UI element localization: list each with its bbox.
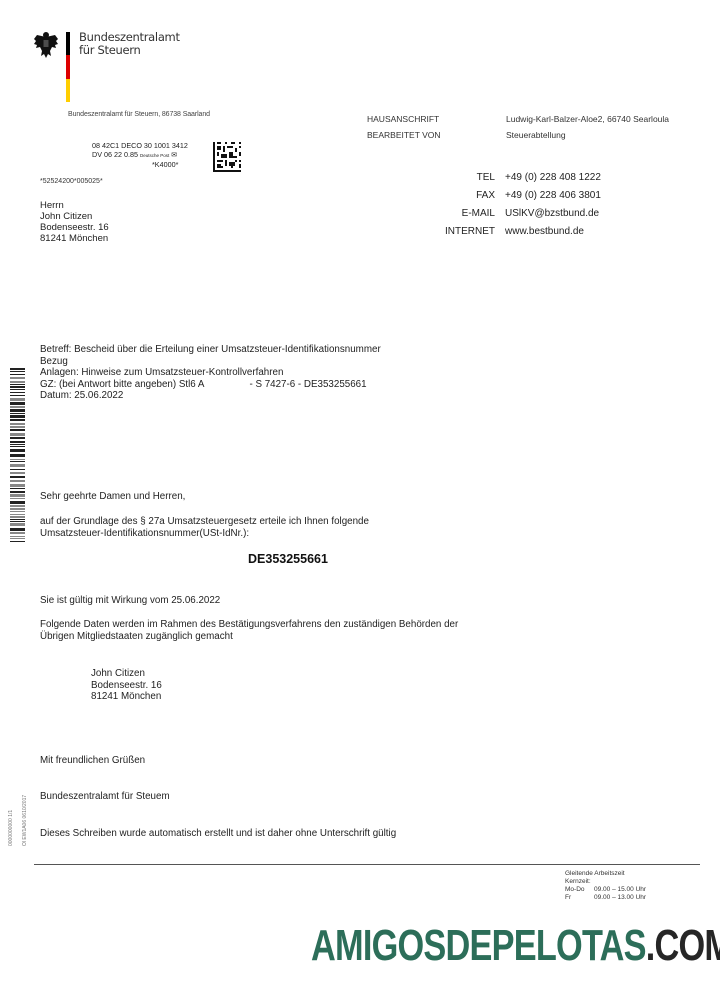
greeting: Sehr geehrte Damen und Herren, (40, 491, 185, 503)
carrier-name: Deutsche Post (140, 153, 169, 158)
file-number-line: GZ: (bei Antwort bitte angeben) Stl6 A- … (40, 379, 381, 391)
office-hours: Gleitende Arbeitszeit Kernzeit: Mo-Do09.… (565, 870, 646, 902)
hours-row: Mo-Do09.00 – 15.00 Uhr (565, 886, 646, 894)
organization-name: Bundeszentralamt für Steuern (79, 31, 180, 57)
intro-paragraph: auf der Grundlage des § 27a Umsatzsteuer… (40, 516, 369, 539)
office-info: HAUSANSCHRIFT Ludwig-Karl-Balzer-Aloe2, … (367, 111, 669, 143)
hours-row: Fr09.00 – 13.00 Uhr (565, 894, 646, 902)
contact-row-internet: INTERNET www.bestbund.de (420, 222, 601, 240)
subject-block: Betreff: Bescheid über die Erteilung ein… (40, 344, 381, 402)
datamatrix-code (213, 142, 241, 172)
subject-line: Betreff: Bescheid über die Erteilung ein… (40, 344, 381, 356)
contact-info: TEL +49 (0) 228 408 1222 FAX +49 (0) 228… (420, 168, 601, 240)
watermark: AMIGOSDEPELOTAS.COM (311, 924, 720, 968)
attachments-line: Anlagen: Hinweise zum Umsatzsteuer-Kontr… (40, 367, 381, 379)
sender-address-line: Bundeszentralamt für Steuern, 86738 Saar… (68, 111, 210, 118)
post-horn-icon: ✉ (171, 150, 177, 159)
side-archive-code: 0000000000 1/1 (8, 810, 14, 846)
postal-franking: 08 42C1 DECO 30 1001 3412 DV 06 22 0.85 … (92, 141, 188, 169)
info-row-processed-by: BEARBEITET VON Steuerabtellung (367, 127, 669, 143)
closing: Mit freundlichen Grüßen (40, 755, 145, 767)
postal-reference-number: *52524200*005025* (40, 178, 103, 185)
german-flag-bar (66, 32, 70, 102)
validity-statement: Sie ist gültig mit Wirkung vom 25.06.202… (40, 595, 220, 607)
auto-generated-note: Dieses Schreiben wurde automatisch erste… (40, 828, 396, 840)
info-row-address: HAUSANSCHRIFT Ludwig-Karl-Balzer-Aloe2, … (367, 111, 669, 127)
contact-row-tel: TEL +49 (0) 228 408 1222 (420, 168, 601, 186)
reference-line: Bezug (40, 356, 381, 368)
vat-id-number: DE353255661 (248, 552, 328, 566)
side-form-code: Ol EW1A06 0610/2017 (22, 795, 28, 846)
side-barcode (10, 368, 25, 542)
contact-row-email: E-MAIL USlKV@bzstbund.de (420, 204, 601, 222)
date-line: Datum: 25.06.2022 (40, 390, 381, 402)
contact-row-fax: FAX +49 (0) 228 406 3801 (420, 186, 601, 204)
signature: Bundeszentralamt für Steuem (40, 791, 170, 803)
shared-address: John Citizen Bodenseestr. 16 81241 Mönch… (91, 668, 162, 703)
recipient-address: Herrn John Citizen Bodenseestr. 16 81241… (40, 200, 109, 244)
federal-eagle-icon (33, 31, 59, 59)
data-sharing-paragraph: Folgende Daten werden im Rahmen des Best… (40, 619, 458, 642)
footer-divider (34, 864, 700, 865)
